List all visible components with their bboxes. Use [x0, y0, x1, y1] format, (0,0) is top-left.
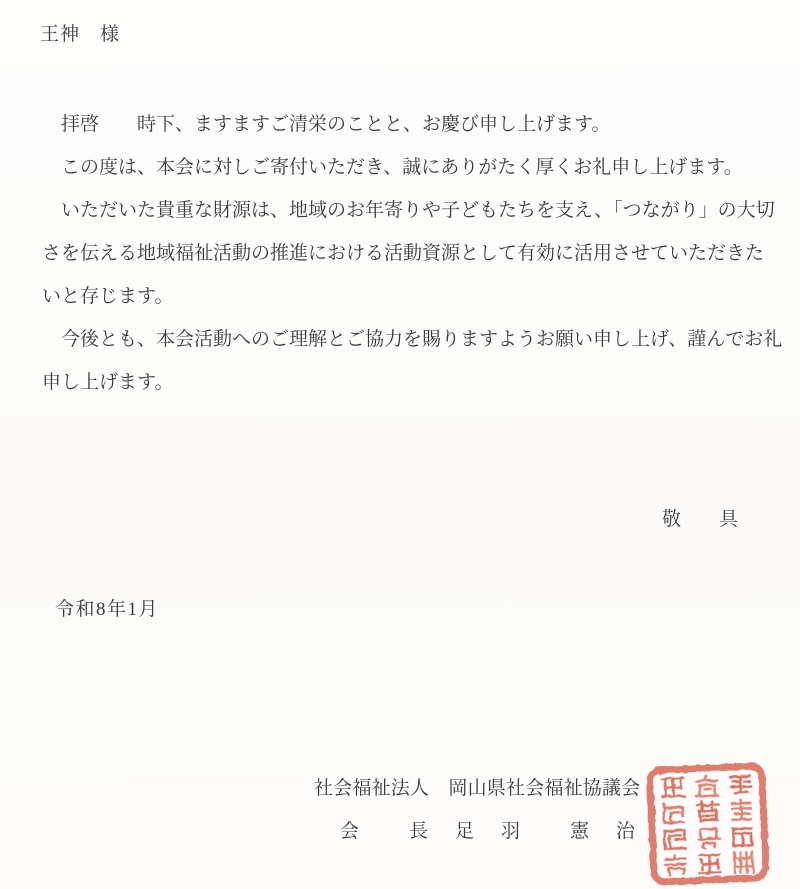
letter-body: 拝啓 時下、ますますご清栄のことと、お慶び申し上げます。 この度は、本会に対しご… [42, 103, 782, 404]
signature-title-and-name: 会 長 足 羽 憲 治 [340, 816, 639, 843]
closing-keigu: 敬 具 [662, 504, 738, 531]
letter-line: 申し上げます。 [42, 361, 782, 404]
letter-line: いただいた貴重な財源は、地域のお年寄りや子どもたちを支え、「つながり」の大切 [42, 189, 782, 232]
organization-seal-stamp-icon [644, 760, 771, 887]
letter-line: この度は、本会に対しご寄付いただき、誠にありがたく厚くお礼申し上げます。 [42, 146, 782, 189]
letter-line: 今後とも、本会活動へのご理解とご協力を賜りますようお願い申し上げ、謹んでお礼 [42, 318, 782, 361]
letter-line: さを伝える地域福祉活動の推進における活動資源として有効に活用させていただきた [42, 232, 782, 275]
addressee-name: 王神 様 [40, 19, 120, 46]
letter-date: 令和8年1月 [55, 594, 159, 621]
letter-line: 拝啓 時下、ますますご清栄のことと、お慶び申し上げます。 [42, 103, 782, 146]
letter-line: いと存じます。 [42, 275, 782, 318]
letter-page: 王神 様 拝啓 時下、ますますご清栄のことと、お慶び申し上げます。 この度は、本… [0, 0, 800, 889]
signature-organization: 社会福祉法人 岡山県社会福祉協議会 [314, 773, 640, 800]
